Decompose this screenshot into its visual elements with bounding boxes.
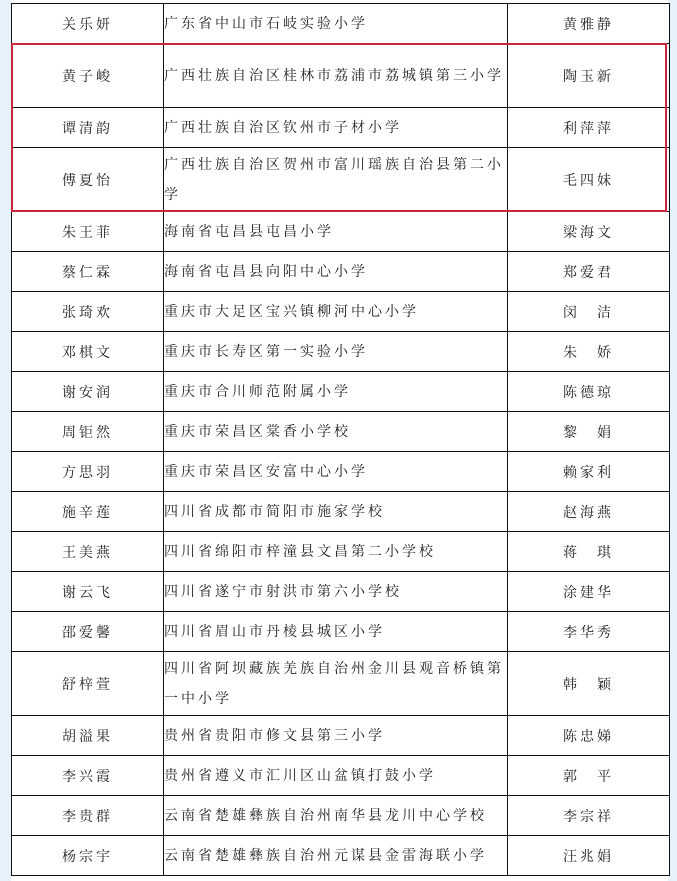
table-row: 邵爱馨四川省眉山市丹棱县城区小学李华秀 [12, 612, 670, 652]
school-name: 重庆市荣昌区棠香小学校 [164, 412, 508, 452]
teacher-name: 赖家利 [508, 452, 670, 492]
student-name: 胡溢果 [12, 716, 164, 756]
teacher-name: 蒋 琪 [508, 532, 670, 572]
table-row: 舒梓萱四川省阿坝藏族羌族自治州金川县观音桥镇第一中小学韩 颖 [12, 652, 670, 716]
student-name: 王美燕 [12, 532, 164, 572]
student-name: 施辛莲 [12, 492, 164, 532]
school-name: 广东省中山市石岐实验小学 [164, 4, 508, 44]
student-name: 舒梓萱 [12, 652, 164, 716]
teacher-name: 陈德琼 [508, 372, 670, 412]
school-name: 重庆市长寿区第一实验小学 [164, 332, 508, 372]
school-name: 四川省成都市简阳市施家学校 [164, 492, 508, 532]
teacher-name: 郑爱君 [508, 252, 670, 292]
roster-body: 关乐妍广东省中山市石岐实验小学黄雅静 黄子峻广西壮族自治区桂林市荔浦市荔城镇第三… [12, 4, 670, 876]
table-row: 杨宗宇云南省楚雄彝族自治州元谋县金雷海联小学汪兆娟 [12, 836, 670, 876]
student-name: 谭清韵 [12, 108, 164, 148]
school-name: 海南省屯昌县屯昌小学 [164, 212, 508, 252]
teacher-name: 梁海文 [508, 212, 670, 252]
school-name: 重庆市荣昌区安富中心小学 [164, 452, 508, 492]
student-name: 关乐妍 [12, 4, 164, 44]
table-row: 王美燕四川省绵阳市梓潼县文昌第二小学校蒋 琪 [12, 532, 670, 572]
table-row: 朱王菲海南省屯昌县屯昌小学梁海文 [12, 212, 670, 252]
student-name: 邓棋文 [12, 332, 164, 372]
student-name: 张琦欢 [12, 292, 164, 332]
student-name: 谢云飞 [12, 572, 164, 612]
teacher-name: 李宗祥 [508, 796, 670, 836]
teacher-name: 黎 娟 [508, 412, 670, 452]
table-row: 邓棋文重庆市长寿区第一实验小学朱 娇 [12, 332, 670, 372]
student-name: 李贵群 [12, 796, 164, 836]
school-name: 广西壮族自治区钦州市子材小学 [164, 108, 508, 148]
award-roster-table: 关乐妍广东省中山市石岐实验小学黄雅静 黄子峻广西壮族自治区桂林市荔浦市荔城镇第三… [11, 3, 670, 876]
teacher-name: 陈忠娣 [508, 716, 670, 756]
table-row: 方思羽重庆市荣昌区安富中心小学赖家利 [12, 452, 670, 492]
teacher-name: 陶玉新 [508, 44, 670, 108]
school-name: 贵州省遵义市汇川区山盆镇打鼓小学 [164, 756, 508, 796]
student-name: 黄子峻 [12, 44, 164, 108]
table-row: 谭清韵广西壮族自治区钦州市子材小学利萍萍 [12, 108, 670, 148]
school-name: 贵州省贵阳市修文县第三小学 [164, 716, 508, 756]
school-name: 重庆市大足区宝兴镇柳河中心小学 [164, 292, 508, 332]
school-name: 广西壮族自治区贺州市富川瑶族自治县第二小学 [164, 148, 508, 212]
table-row: 蔡仁霖海南省屯昌县向阳中心小学郑爱君 [12, 252, 670, 292]
table-row: 张琦欢重庆市大足区宝兴镇柳河中心小学闵 洁 [12, 292, 670, 332]
table-row: 李兴霞贵州省遵义市汇川区山盆镇打鼓小学郭 平 [12, 756, 670, 796]
teacher-name: 郭 平 [508, 756, 670, 796]
teacher-name: 利萍萍 [508, 108, 670, 148]
student-name: 朱王菲 [12, 212, 164, 252]
teacher-name: 赵海燕 [508, 492, 670, 532]
table-row: 周钜然重庆市荣昌区棠香小学校黎 娟 [12, 412, 670, 452]
student-name: 蔡仁霖 [12, 252, 164, 292]
school-name: 海南省屯昌县向阳中心小学 [164, 252, 508, 292]
school-name: 云南省楚雄彝族自治州南华县龙川中心学校 [164, 796, 508, 836]
teacher-name: 闵 洁 [508, 292, 670, 332]
teacher-name: 黄雅静 [508, 4, 670, 44]
student-name: 周钜然 [12, 412, 164, 452]
student-name: 傅夏怡 [12, 148, 164, 212]
teacher-name: 毛四妹 [508, 148, 670, 212]
teacher-name: 韩 颖 [508, 652, 670, 716]
table-row: 关乐妍广东省中山市石岐实验小学黄雅静 [12, 4, 670, 44]
student-name: 谢安润 [12, 372, 164, 412]
student-name: 李兴霞 [12, 756, 164, 796]
teacher-name: 朱 娇 [508, 332, 670, 372]
table-row: 谢云飞四川省遂宁市射洪市第六小学校涂建华 [12, 572, 670, 612]
school-name: 四川省遂宁市射洪市第六小学校 [164, 572, 508, 612]
table-row: 施辛莲四川省成都市简阳市施家学校赵海燕 [12, 492, 670, 532]
table-row: 李贵群云南省楚雄彝族自治州南华县龙川中心学校李宗祥 [12, 796, 670, 836]
table-row: 傅夏怡广西壮族自治区贺州市富川瑶族自治县第二小学毛四妹 [12, 148, 670, 212]
student-name: 杨宗宇 [12, 836, 164, 876]
school-name: 云南省楚雄彝族自治州元谋县金雷海联小学 [164, 836, 508, 876]
teacher-name: 涂建华 [508, 572, 670, 612]
school-name: 重庆市合川师范附属小学 [164, 372, 508, 412]
school-name: 四川省阿坝藏族羌族自治州金川县观音桥镇第一中小学 [164, 652, 508, 716]
student-name: 邵爱馨 [12, 612, 164, 652]
school-name: 四川省眉山市丹棱县城区小学 [164, 612, 508, 652]
teacher-name: 汪兆娟 [508, 836, 670, 876]
table-row: 胡溢果贵州省贵阳市修文县第三小学陈忠娣 [12, 716, 670, 756]
school-name: 四川省绵阳市梓潼县文昌第二小学校 [164, 532, 508, 572]
student-name: 方思羽 [12, 452, 164, 492]
school-name: 广西壮族自治区桂林市荔浦市荔城镇第三小学 [164, 44, 508, 108]
table-row: 黄子峻广西壮族自治区桂林市荔浦市荔城镇第三小学陶玉新 [12, 44, 670, 108]
teacher-name: 李华秀 [508, 612, 670, 652]
table-row: 谢安润重庆市合川师范附属小学陈德琼 [12, 372, 670, 412]
